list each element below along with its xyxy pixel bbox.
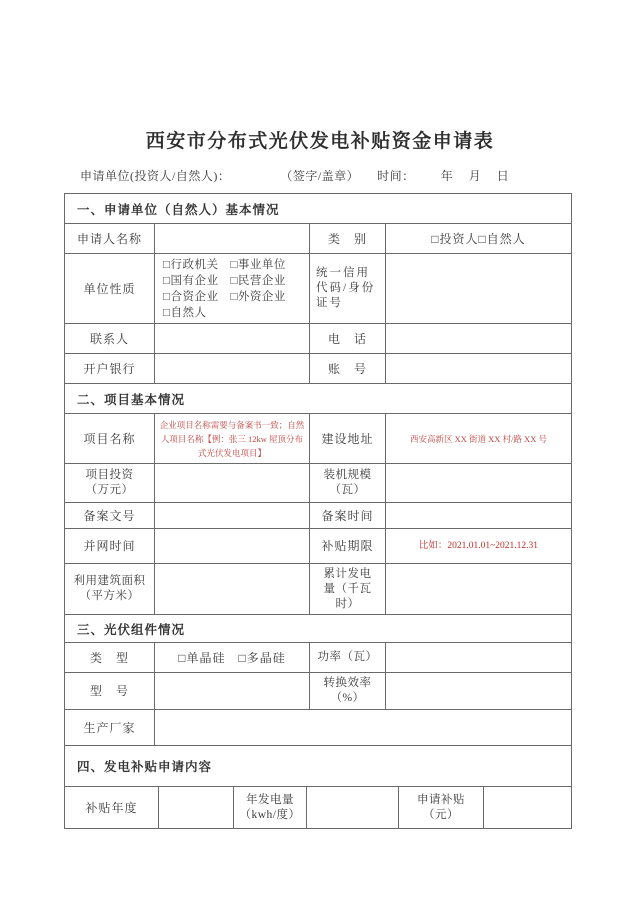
applicant-unit-label: 申请单位(投资人/自然人)：: [80, 169, 230, 183]
module-model-value-cell: [154, 673, 309, 709]
cumulative-generation-label: 累计发电 量（千瓦 时）: [309, 564, 385, 614]
phone-label: 电 话: [309, 324, 385, 353]
annual-generation-label: 年发电量 （kwh/度）: [233, 787, 306, 828]
address-label: 建设地址: [309, 414, 385, 463]
bank-value-cell: [154, 354, 309, 383]
manufacturer-label: 生产厂家: [65, 710, 154, 745]
contact-value-cell: [154, 324, 309, 353]
filing-row: 备案文号 备案时间: [65, 502, 571, 528]
subsidy-period-red-note: 比如：2021.01.01~2021.12.31: [385, 529, 571, 563]
unit-nature-checkbox-options: □行政机关 □事业单位 □国有企业 □民营企业 □合资企业 □外资企业 □自然人: [154, 254, 309, 323]
date-ymd-placeholder: 年 月 日: [441, 169, 511, 183]
category-checkbox-options: □投资人□自然人: [385, 224, 571, 253]
filing-date-label: 备案时间: [309, 503, 385, 528]
capacity-value-cell: [385, 464, 571, 502]
subsidy-year-value-cell: [158, 787, 233, 828]
module-model-row: 型 号 转换效率 （%）: [65, 672, 571, 709]
address-red-note: 西安高新区 XX 街道 XX 村/路 XX 号: [385, 414, 571, 463]
contact-label: 联系人: [65, 324, 154, 353]
investment-label: 项目投资 （万元）: [65, 464, 154, 502]
subsidy-year-label: 补贴年度: [65, 787, 158, 828]
power-value-cell: [385, 643, 571, 672]
efficiency-label: 转换效率 （%）: [309, 673, 385, 709]
account-label: 账 号: [309, 354, 385, 383]
cumulative-generation-value-cell: [385, 564, 571, 614]
module-type-checkbox-options: □单晶硅 □多晶硅: [154, 643, 309, 672]
section-2-header: 二、项目基本情况: [65, 383, 571, 413]
category-label: 类 别: [309, 224, 385, 253]
applicant-name-label: 申请人名称: [65, 224, 154, 253]
capacity-label: 装机规模 （瓦）: [309, 464, 385, 502]
project-name-row: 项目名称 企业项目名称需要与备案书一致；自然 人项目名称【例：张三 12kw 屋…: [65, 413, 571, 463]
section-3-header: 三、光伏组件情况: [65, 614, 571, 642]
contact-row: 联系人 电 话: [65, 323, 571, 353]
manufacturer-value-cell: [154, 710, 571, 745]
subsidy-application-row: 补贴年度 年发电量 （kwh/度） 申请补贴 （元）: [65, 786, 571, 828]
credit-code-value-cell: [385, 254, 571, 323]
manufacturer-row: 生产厂家: [65, 709, 571, 745]
building-area-value-cell: [154, 564, 309, 614]
grid-date-value-cell: [154, 529, 309, 563]
building-area-label: 利用建筑面积 （平方米）: [65, 564, 154, 614]
application-form-table: 一、申请单位（自然人）基本情况 申请人名称 类 别 □投资人□自然人 单位性质 …: [64, 193, 572, 829]
project-name-label: 项目名称: [65, 414, 154, 463]
module-model-label: 型 号: [65, 673, 154, 709]
application-form-page: 西安市分布式光伏发电补贴资金申请表 申请单位(投资人/自然人)：（签字/盖章）时…: [0, 0, 640, 904]
filing-no-value-cell: [154, 503, 309, 528]
meta-line: 申请单位(投资人/自然人)：（签字/盖章）时间：年 月 日: [80, 167, 580, 184]
time-label: 时间：: [377, 169, 415, 183]
investment-value-cell: [154, 464, 309, 502]
module-type-label: 类 型: [65, 643, 154, 672]
section-4-header: 四、发电补贴申请内容: [65, 745, 571, 786]
signature-seal-label: （签字/盖章）: [286, 169, 359, 183]
section-1-header: 一、申请单位（自然人）基本情况: [65, 194, 571, 223]
grid-connection-row: 并网时间 补贴期限 比如：2021.01.01~2021.12.31: [65, 528, 571, 563]
subsidy-amount-value-cell: [483, 787, 571, 828]
building-area-row: 利用建筑面积 （平方米） 累计发电 量（千瓦 时）: [65, 563, 571, 614]
annual-generation-value-cell: [306, 787, 398, 828]
credit-code-label: 统一信用 代码/身份 证号: [309, 254, 385, 323]
account-value-cell: [385, 354, 571, 383]
applicant-name-value-cell: [154, 224, 309, 253]
form-title: 西安市分布式光伏发电补贴资金申请表: [0, 126, 640, 153]
grid-date-label: 并网时间: [65, 529, 154, 563]
filing-date-value-cell: [385, 503, 571, 528]
subsidy-amount-label: 申请补贴 （元）: [398, 787, 483, 828]
efficiency-value-cell: [385, 673, 571, 709]
project-name-red-note: 企业项目名称需要与备案书一致；自然 人项目名称【例：张三 12kw 屋顶分布 式…: [154, 414, 309, 463]
bank-row: 开户银行 账 号: [65, 353, 571, 383]
applicant-name-row: 申请人名称 类 别 □投资人□自然人: [65, 223, 571, 253]
power-label: 功率（瓦）: [309, 643, 385, 672]
phone-value-cell: [385, 324, 571, 353]
bank-label: 开户银行: [65, 354, 154, 383]
investment-row: 项目投资 （万元） 装机规模 （瓦）: [65, 463, 571, 502]
filing-no-label: 备案文号: [65, 503, 154, 528]
module-type-row: 类 型 □单晶硅 □多晶硅 功率（瓦）: [65, 642, 571, 672]
unit-nature-label: 单位性质: [65, 254, 154, 323]
unit-nature-row: 单位性质 □行政机关 □事业单位 □国有企业 □民营企业 □合资企业 □外资企业…: [65, 253, 571, 323]
subsidy-period-label: 补贴期限: [309, 529, 385, 563]
